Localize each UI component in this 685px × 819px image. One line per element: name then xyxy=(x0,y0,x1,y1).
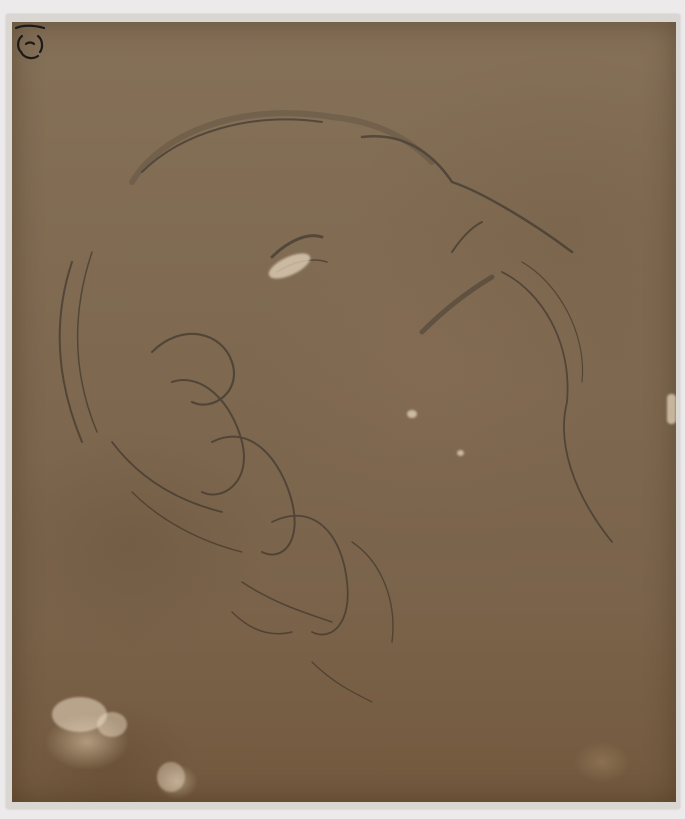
corner-abrasion xyxy=(97,712,127,737)
light-spot xyxy=(457,450,464,456)
drawing-paper xyxy=(12,22,676,802)
chalk-sketch-head xyxy=(12,22,676,802)
corner-abrasion xyxy=(157,762,185,792)
edge-damage xyxy=(667,394,676,424)
collector-stamp-icon xyxy=(12,22,48,64)
light-spot xyxy=(407,410,417,418)
